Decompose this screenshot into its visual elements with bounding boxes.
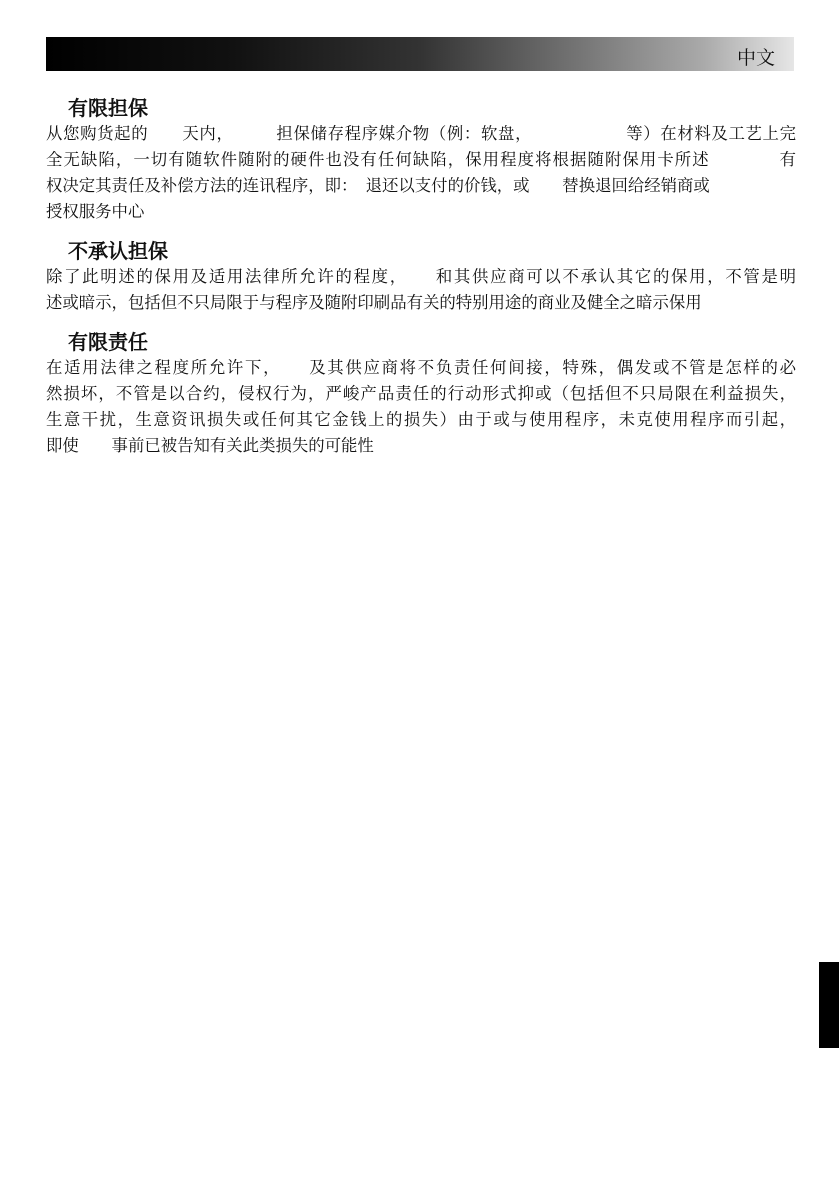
paragraph-line: 在适用法律之程度所允许下， 及其供应商将不负责任何间接，特殊，偶发或不管是怎样的… <box>46 355 796 381</box>
paragraph-line: 然损坏，不管是以合约，侵权行为，严峻产品责任的行动形式抑或（包括但不只局限在利益… <box>46 381 796 407</box>
section-heading: 不承认担保 <box>46 238 796 264</box>
paragraph-line: 权决定其责任及补偿方法的连讯程序，即： 退还以支付的价钱，或 替换退回给经销商或 <box>46 173 796 199</box>
section-heading: 有限担保 <box>46 95 796 121</box>
section-heading: 有限责任 <box>46 329 796 355</box>
language-header-banner: 中文 <box>46 37 794 71</box>
paragraph-line: 从您购货起的 天内， 担保储存程序媒介物（例：软盘， 等）在材料及工艺上完 <box>46 121 796 147</box>
section-limited-warranty: 有限担保 从您购货起的 天内， 担保储存程序媒介物（例：软盘， 等）在材料及工艺… <box>46 95 796 225</box>
paragraph-line: 生意干扰，生意资讯损失或任何其它金钱上的损失）由于或与使用程序，未克使用程序而引… <box>46 407 796 433</box>
section-disclaimer-of-warranty: 不承认担保 除了此明述的保用及适用法律所允许的程度， 和其供应商可以不承认其它的… <box>46 238 796 316</box>
section-limited-liability: 有限责任 在适用法律之程度所允许下， 及其供应商将不负责任何间接，特殊，偶发或不… <box>46 329 796 459</box>
paragraph-line: 述或暗示，包括但不只局限于与程序及随附印刷品有关的特别用途的商业及健全之暗示保用 <box>46 290 796 316</box>
paragraph-line: 即使 事前已被告知有关此类损失的可能性 <box>46 433 796 459</box>
paragraph-line: 授权服务中心 <box>46 199 796 225</box>
paragraph-line: 除了此明述的保用及适用法律所允许的程度， 和其供应商可以不承认其它的保用，不管是… <box>46 264 796 290</box>
page-edge-tab <box>819 962 839 1048</box>
language-label: 中文 <box>737 43 775 70</box>
paragraph-line: 全无缺陷，一切有随软件随附的硬件也没有任何缺陷，保用程度将根据随附保用卡所述 有 <box>46 147 796 173</box>
